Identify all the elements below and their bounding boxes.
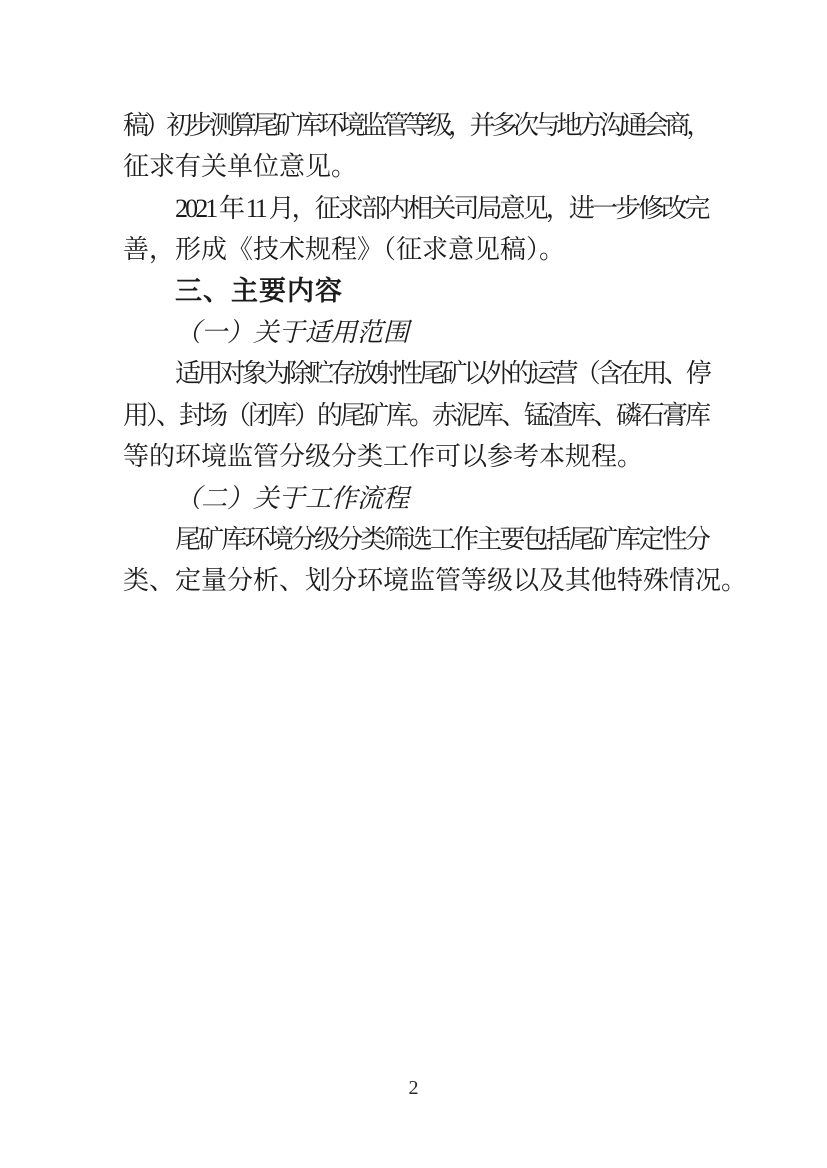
subsection-heading: （一）关于适用范围 <box>175 312 708 353</box>
text-line: 善，形成《技术规程》（征求意见稿）。 <box>123 229 708 270</box>
subsection-heading: （二）关于工作流程 <box>175 478 708 519</box>
text-line: 2021 年 11 月，征求部内相关司局意见，进一步修改完 <box>175 188 708 229</box>
text-line: 等的环境监管分级分类工作可以参考本规程。 <box>123 436 708 477</box>
text-line: 尾矿库环境分级分类筛选工作主要包括尾矿库定性分 <box>175 519 708 560</box>
section-heading: 三、主要内容 <box>175 271 708 312</box>
text-line: 用）、封场（闭库）的尾矿库。赤泥库、锰渣库、磷石膏库 <box>123 395 708 436</box>
document-page: 稿）初步测算尾矿库环境监管等级，并多次与地方沟通会商， 征求有关单位意见。 20… <box>0 0 827 1168</box>
text-line: 类、定量分析、划分环境监管等级以及其他特殊情况。 <box>123 560 708 601</box>
text-line: 稿）初步测算尾矿库环境监管等级，并多次与地方沟通会商， <box>123 105 708 146</box>
text-line: 征求有关单位意见。 <box>123 146 708 187</box>
text-line: 适用对象为除贮存放射性尾矿以外的运营（含在用、停 <box>175 353 708 394</box>
document-body: 稿）初步测算尾矿库环境监管等级，并多次与地方沟通会商， 征求有关单位意见。 20… <box>123 105 708 602</box>
page-number: 2 <box>0 1076 827 1100</box>
